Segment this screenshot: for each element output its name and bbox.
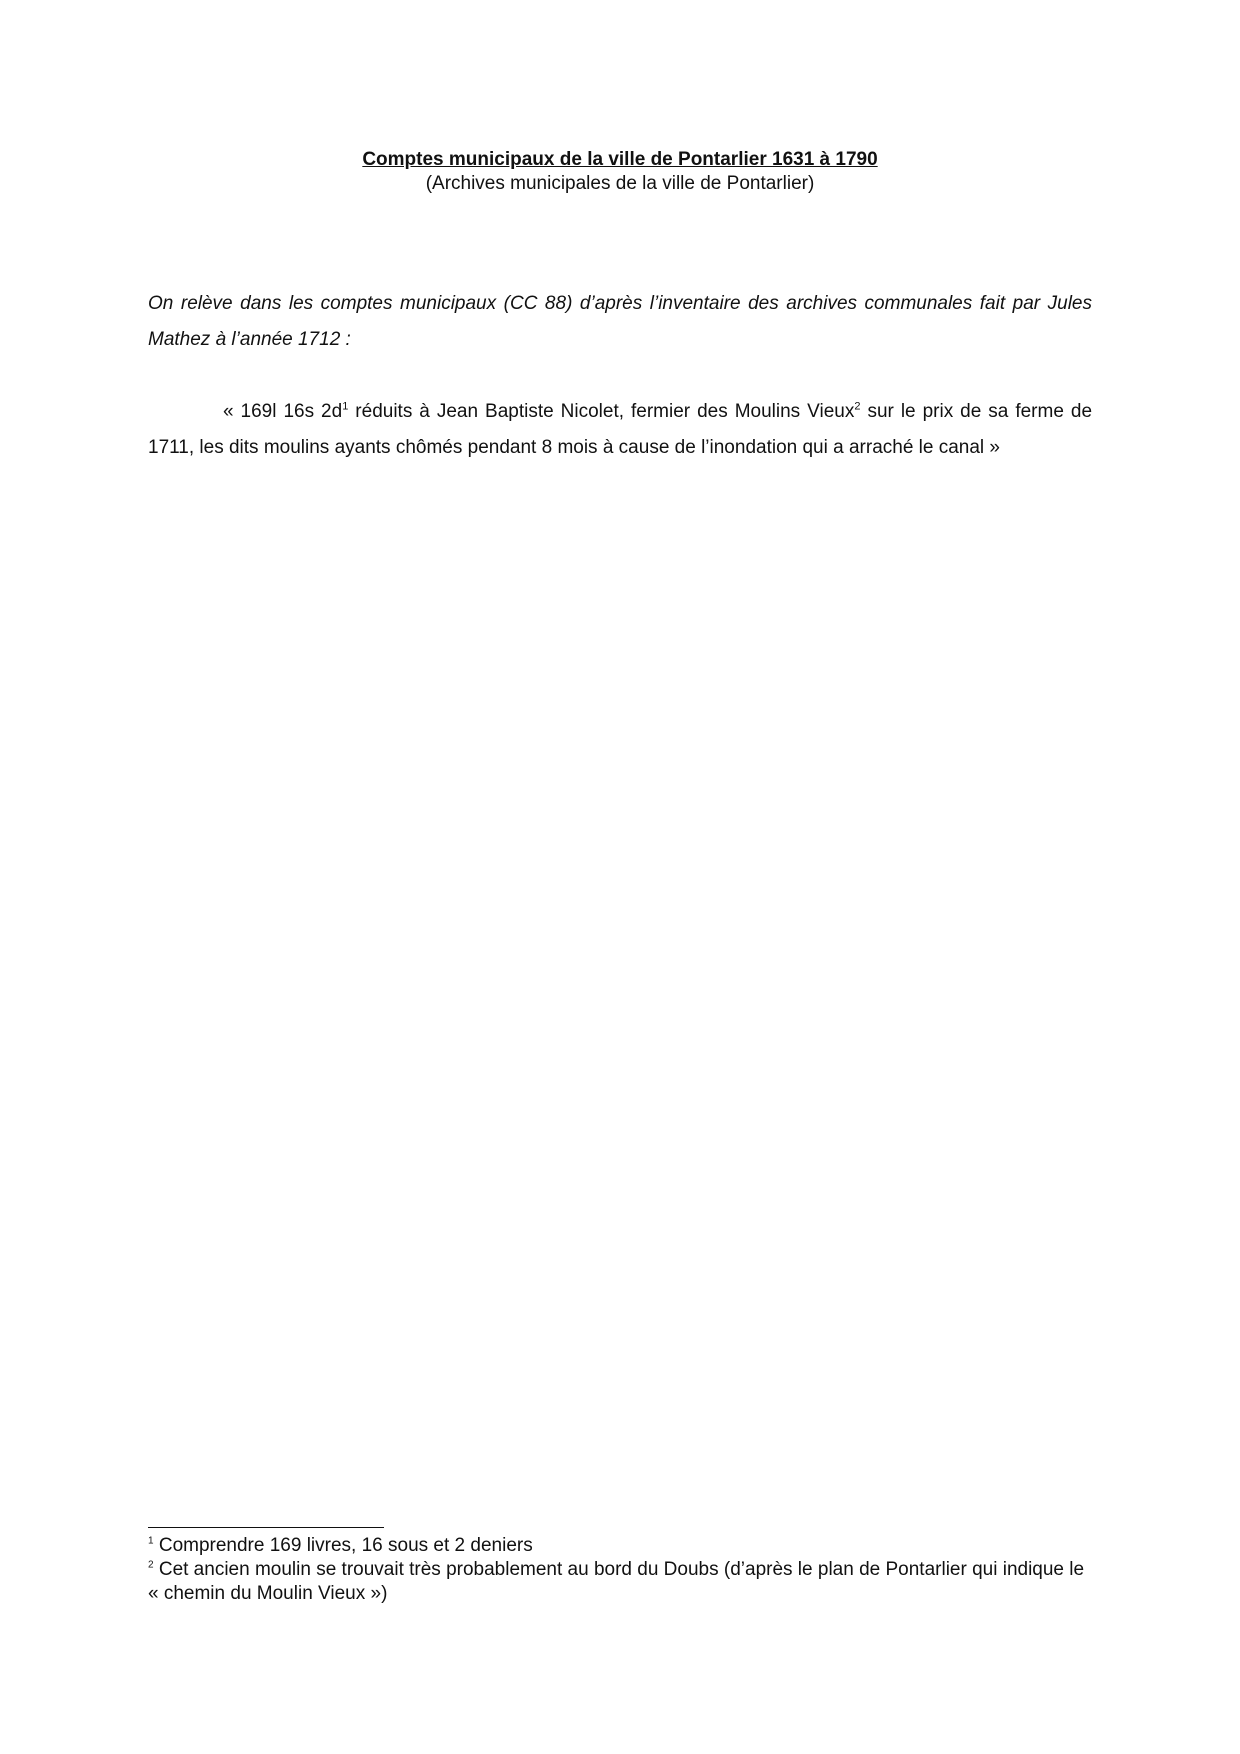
quote-paragraph: « 169l 16s 2d1 réduits à Jean Baptiste N… — [148, 394, 1092, 466]
document-page: Comptes municipaux de la ville de Pontar… — [0, 0, 1240, 1754]
footnotes: 1 Comprendre 169 livres, 16 sous et 2 de… — [148, 1534, 1092, 1606]
footnote-2: 2 Cet ancien moulin se trouvait très pro… — [148, 1558, 1092, 1606]
title-block: Comptes municipaux de la ville de Pontar… — [0, 148, 1240, 196]
intro-paragraph: On relève dans les comptes municipaux (C… — [148, 286, 1092, 358]
footnote-separator — [148, 1527, 384, 1528]
footnote-1: 1 Comprendre 169 livres, 16 sous et 2 de… — [148, 1534, 1092, 1558]
quote-text-2: réduits à Jean Baptiste Nicolet, fermier… — [348, 401, 854, 422]
footnote-text: Cet ancien moulin se trouvait très proba… — [148, 1559, 1084, 1604]
document-title: Comptes municipaux de la ville de Pontar… — [0, 148, 1240, 172]
quote-text-1: « 169l 16s 2d — [223, 401, 342, 422]
document-subtitle: (Archives municipales de la ville de Pon… — [0, 172, 1240, 196]
footnote-text: Comprendre 169 livres, 16 sous et 2 deni… — [154, 1535, 533, 1556]
